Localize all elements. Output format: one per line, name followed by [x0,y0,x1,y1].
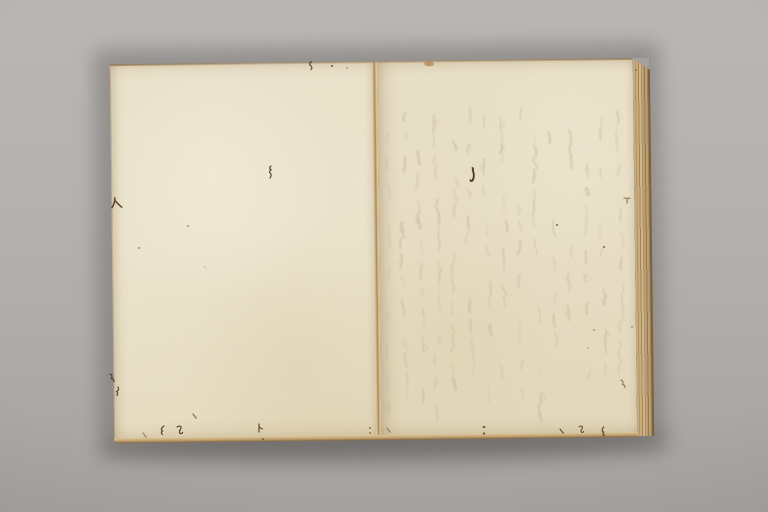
open-book [110,59,652,442]
left-page [110,62,377,442]
bleed-through-text [377,59,637,439]
photo-stage [0,0,768,512]
right-page [377,59,637,439]
